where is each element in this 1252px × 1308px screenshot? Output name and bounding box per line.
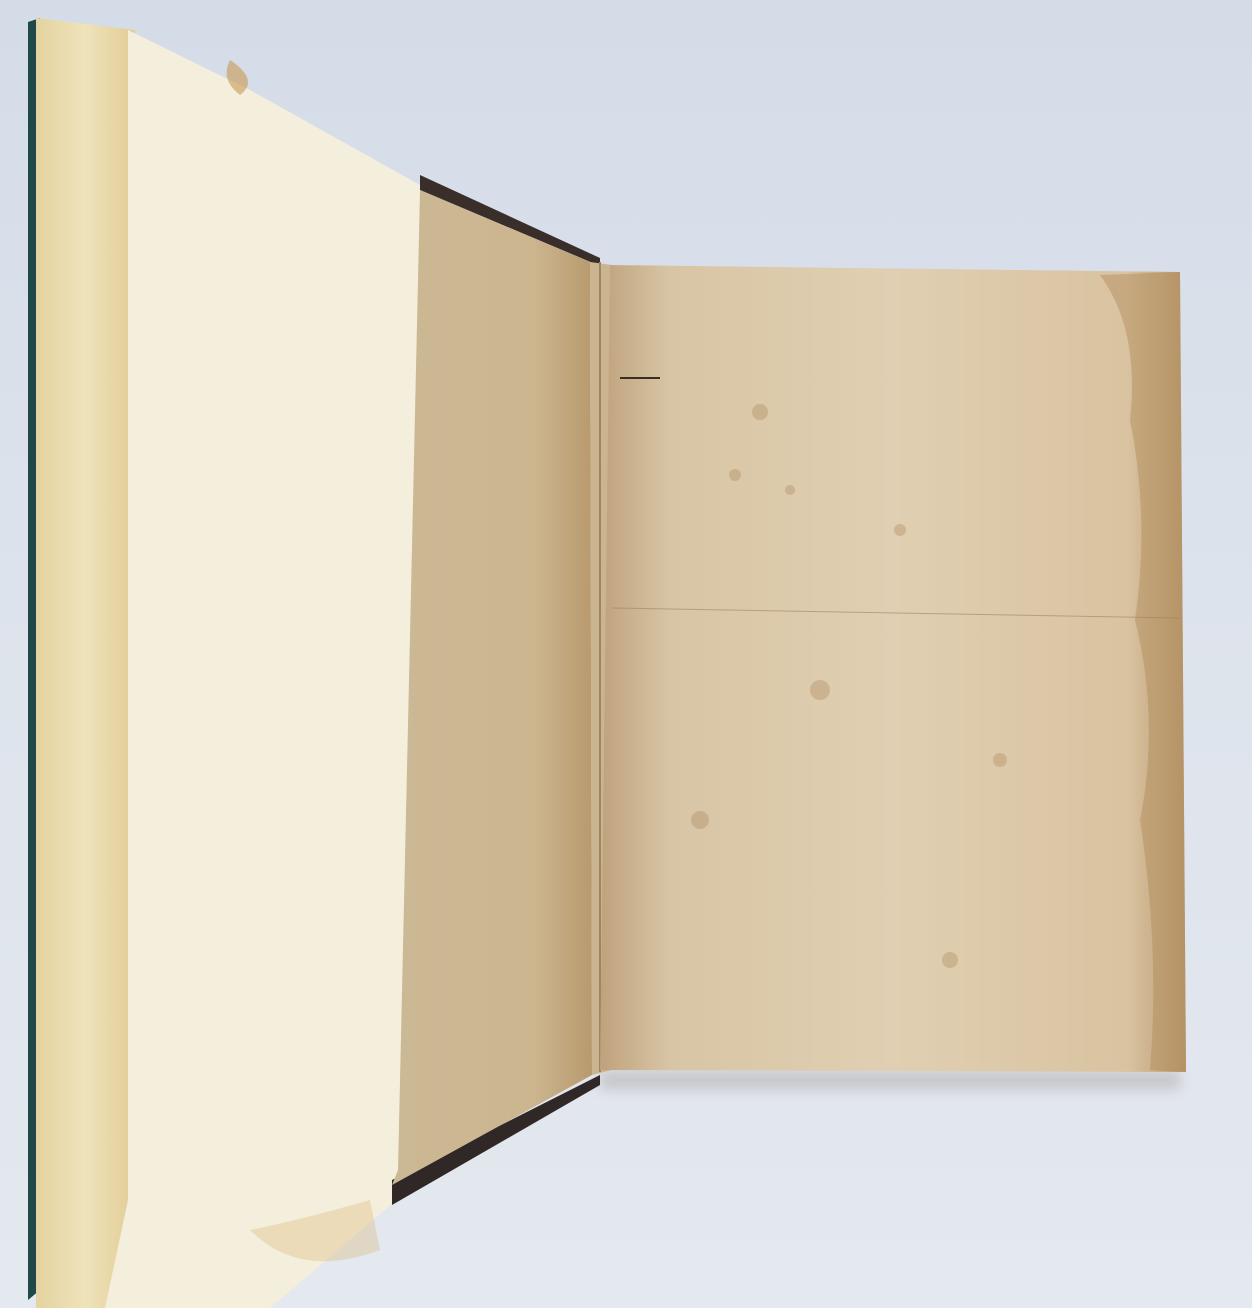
turn-in	[36, 18, 135, 1308]
book-photo	[0, 0, 1252, 1308]
pastedown	[392, 190, 592, 1185]
front-endpaper	[105, 30, 420, 1308]
right-page	[600, 265, 1186, 1072]
